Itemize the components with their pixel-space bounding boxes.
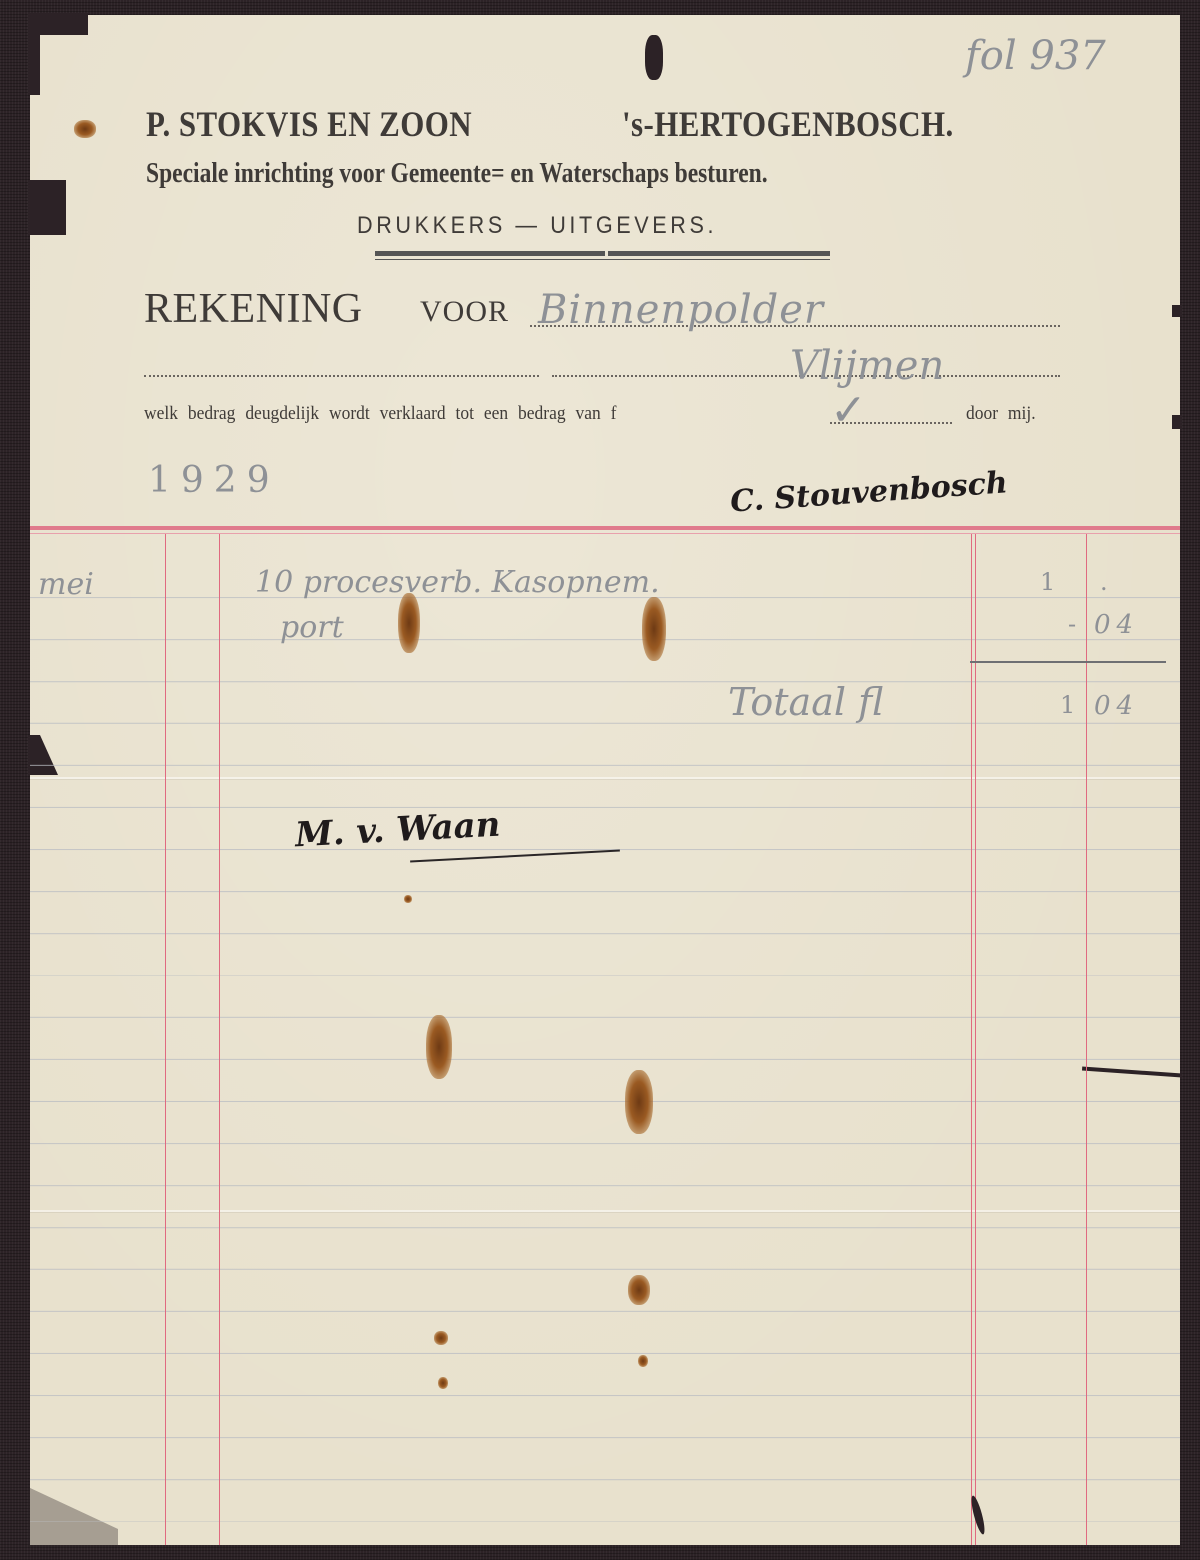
voor-label: VOOR (420, 295, 509, 329)
rust-stain (404, 895, 412, 903)
folio-note: fol 937 (965, 33, 1106, 79)
recipient-place: Vlijmen (790, 343, 944, 389)
rust-stain (398, 593, 420, 653)
invoice-paper: fol 937 P. STOKVIS EN ZOON 's-HERTOGENBO… (30, 15, 1180, 1545)
torn-edge-right-1 (1172, 305, 1182, 317)
line-item-description: 10 procesverb. Kasopnem. (255, 565, 660, 600)
upper-signature: C. Stouvenbosch (729, 465, 1009, 519)
total-guilders: 1 (1060, 691, 1075, 719)
recipient-name: Binnenpolder (538, 287, 824, 333)
letterhead-city: 's-HERTOGENBOSCH. (622, 103, 954, 145)
torn-edge-top-left (28, 13, 88, 35)
ledger-header-rule-thin (30, 533, 1180, 534)
rust-stain (628, 1275, 650, 1305)
rust-stain (642, 597, 666, 661)
declaration-amount-mark: ✓ (830, 385, 867, 436)
rust-stain (638, 1355, 648, 1367)
total-label: Totaal fl (728, 680, 883, 724)
declaration-suffix: door mij. (966, 403, 1036, 425)
torn-hole-top (645, 35, 663, 80)
ledger-column-date (165, 534, 166, 1545)
total-cents: 04 (1094, 691, 1139, 721)
ledger-column-amount-a (971, 534, 972, 1545)
ledger-ruled-lines (30, 560, 1180, 1545)
rust-stain (426, 1015, 452, 1079)
recipient-line-2a (144, 375, 539, 377)
invoice-title: REKENING (144, 285, 363, 333)
torn-edge-left-2 (28, 180, 66, 235)
line-item-description: port (280, 610, 344, 645)
line-item-guilders: - (1068, 610, 1076, 638)
torn-edge-left-1 (28, 35, 40, 95)
torn-edge-right-2 (1172, 415, 1182, 429)
ledger-column-cents (1086, 534, 1087, 1545)
ledger-column-amount-b (975, 534, 976, 1545)
invoice-year: 1929 (148, 460, 280, 501)
line-item-cents: . (1100, 568, 1108, 596)
total-rule (970, 661, 1166, 663)
letterhead-rule-left (375, 251, 605, 256)
ledger-header-rule (30, 526, 1180, 530)
line-item-month: mei (38, 567, 94, 602)
rust-stain (434, 1331, 448, 1345)
rust-stain (74, 120, 96, 138)
letterhead-rule-right (608, 251, 830, 256)
declaration-text: welk bedrag deugdelijk wordt verklaard t… (144, 403, 616, 425)
letterhead-trade: DRUKKERS — UITGEVERS. (357, 212, 717, 240)
rust-stain (625, 1070, 653, 1134)
ledger-column-description (219, 534, 220, 1545)
line-item-cents: 04 (1094, 610, 1139, 640)
letterhead-rule-thin (375, 259, 830, 260)
letterhead-company: P. STOKVIS EN ZOON (146, 103, 472, 145)
line-item-guilders: 1 (1040, 568, 1055, 596)
rust-stain (438, 1377, 448, 1389)
letterhead-specialty: Speciale inrichting voor Gemeente= en Wa… (146, 158, 768, 190)
